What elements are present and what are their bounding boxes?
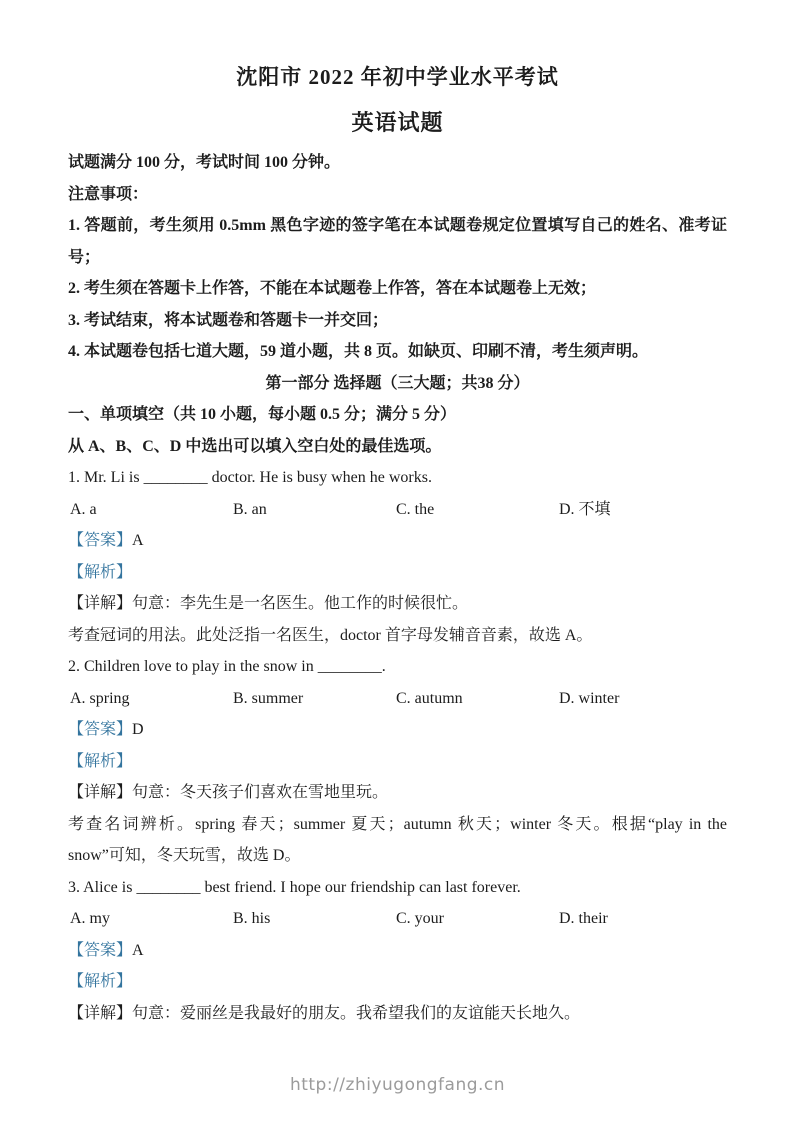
option-d: D. winter [559, 683, 619, 715]
question-block-1: 1. Mr. Li is ________ doctor. He is busy… [68, 462, 727, 651]
answer-label: 【答案】 [68, 942, 132, 959]
part-heading: 第一部分 选择题（三大题；共38 分） [68, 368, 727, 400]
answer-value: A [132, 942, 144, 959]
note-item-1: 1. 答题前，考生须用 0.5mm 黑色字迹的签字笔在本试题卷规定位置填写自己的… [68, 210, 727, 273]
exam-title: 沈阳市 2022 年初中学业水平考试 [68, 62, 727, 92]
note-item-4: 4. 本试题卷包括七道大题，59 道小题，共 8 页。如缺页、印刷不清，考生须声… [68, 336, 727, 368]
question-stem: 3. Alice is ________ best friend. I hope… [68, 872, 727, 904]
answer-value: D [132, 721, 144, 738]
question-block-3: 3. Alice is ________ best friend. I hope… [68, 872, 727, 1030]
section-heading: 一、单项填空（共 10 小题，每小题 0.5 分；满分 5 分） [68, 399, 727, 431]
question-stem: 2. Children love to play in the snow in … [68, 651, 727, 683]
options-row: A. a B. an C. the D. 不填 [68, 494, 727, 526]
analysis-label: 【解析】 [68, 973, 132, 990]
option-b: B. summer [233, 683, 396, 715]
question-stem: 1. Mr. Li is ________ doctor. He is busy… [68, 462, 727, 494]
option-a: A. my [70, 903, 233, 935]
option-c: C. autumn [396, 683, 559, 715]
option-d: D. 不填 [559, 494, 611, 526]
watermark-url: http://zhiyugongfang.cn [68, 1075, 727, 1095]
exam-document-page: 沈阳市 2022 年初中学业水平考试 英语试题 试题满分 100 分，考试时间 … [0, 0, 793, 1122]
question-block-2: 2. Children love to play in the snow in … [68, 651, 727, 872]
exam-subtitle: 英语试题 [68, 108, 727, 138]
answer-line: 【答案】A [68, 935, 727, 967]
answer-label: 【答案】 [68, 721, 132, 738]
section-instruction: 从 A、B、C、D 中选出可以填入空白处的最佳选项。 [68, 431, 727, 463]
options-row: A. my B. his C. your D. their [68, 903, 727, 935]
explanation-line: 考查冠词的用法。此处泛指一名医生，doctor 首字母发辅音音素，故选 A。 [68, 620, 727, 652]
notes-heading: 注意事项： [68, 179, 727, 211]
detail-line: 【详解】句意：爱丽丝是我最好的朋友。我希望我们的友谊能天长地久。 [68, 998, 727, 1030]
option-c: C. the [396, 494, 559, 526]
document-body: 试题满分 100 分，考试时间 100 分钟。 注意事项： 1. 答题前，考生须… [68, 147, 727, 1029]
explanation-line: 考查名词辨析。spring 春天；summer 夏天；autumn 秋天；win… [68, 809, 727, 872]
answer-value: A [132, 532, 144, 549]
note-item-3: 3. 考试结束，将本试题卷和答题卡一并交回； [68, 305, 727, 337]
answer-line: 【答案】D [68, 714, 727, 746]
answer-line: 【答案】A [68, 525, 727, 557]
detail-line: 【详解】句意：李先生是一名医生。他工作的时候很忙。 [68, 588, 727, 620]
detail-line: 【详解】句意：冬天孩子们喜欢在雪地里玩。 [68, 777, 727, 809]
answer-label: 【答案】 [68, 532, 132, 549]
analysis-line: 【解析】 [68, 557, 727, 589]
analysis-line: 【解析】 [68, 746, 727, 778]
analysis-label: 【解析】 [68, 564, 132, 581]
option-d: D. their [559, 903, 608, 935]
option-c: C. your [396, 903, 559, 935]
analysis-label: 【解析】 [68, 753, 132, 770]
note-item-2: 2. 考生须在答题卡上作答，不能在本试题卷上作答，答在本试题卷上无效； [68, 273, 727, 305]
exam-meta-line: 试题满分 100 分，考试时间 100 分钟。 [68, 147, 727, 179]
option-a: A. a [70, 494, 233, 526]
option-a: A. spring [70, 683, 233, 715]
option-b: B. his [233, 903, 396, 935]
option-b: B. an [233, 494, 396, 526]
document-content: 沈阳市 2022 年初中学业水平考试 英语试题 试题满分 100 分，考试时间 … [0, 0, 793, 1095]
options-row: A. spring B. summer C. autumn D. winter [68, 683, 727, 715]
analysis-line: 【解析】 [68, 966, 727, 998]
